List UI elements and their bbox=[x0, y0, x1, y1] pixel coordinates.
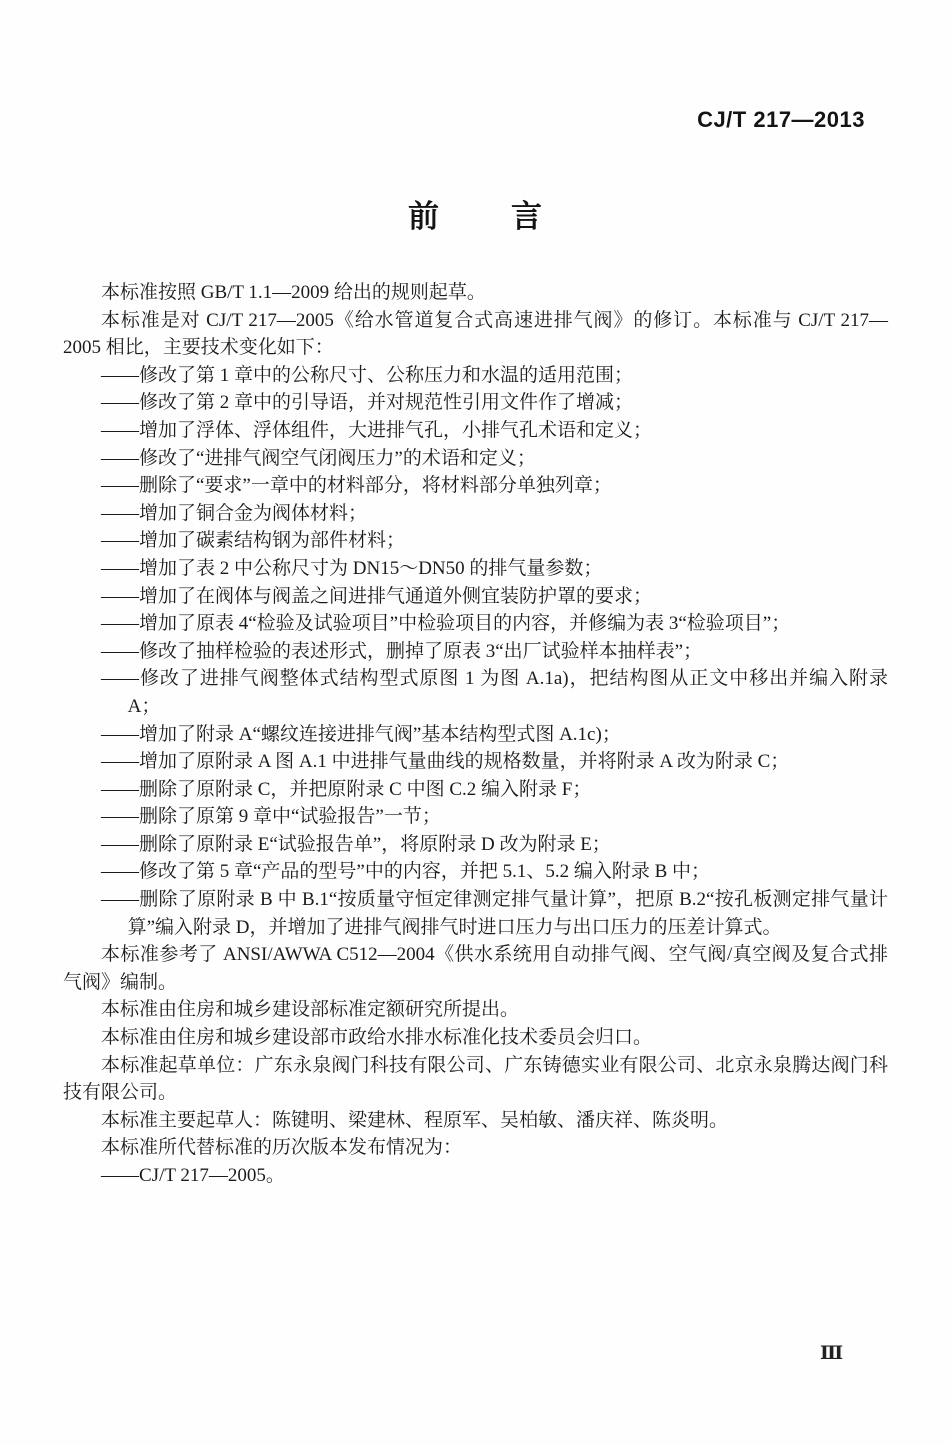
change-list-item: ——增加了碳素结构钢为部件材料； bbox=[63, 527, 888, 555]
change-list-item: ——删除了原附录 C，并把原附录 C 中图 C.2 编入附录 F； bbox=[63, 776, 888, 804]
change-list-item: ——修改了第 1 章中的公称尺寸、公称压力和水温的适用范围； bbox=[63, 362, 888, 390]
change-list-item: ——增加了在阀体与阀盖之间进排气通道外侧宜装防护罩的要求； bbox=[63, 583, 888, 611]
page-title: 前 言 bbox=[0, 191, 950, 236]
foreword-paragraph: 本标准主要起草人：陈键明、梁建林、程原军、吴柏敏、潘庆祥、陈炎明。 bbox=[63, 1107, 888, 1135]
page-number: Ⅲ bbox=[820, 1342, 843, 1365]
change-list-item: ——修改了第 2 章中的引导语，并对规范性引用文件作了增减； bbox=[63, 389, 888, 417]
change-list-item: ——删除了“要求”一章中的材料部分，将材料部分单独列章； bbox=[63, 472, 888, 500]
change-list-item: ——增加了浮体、浮体组件，大进排气孔，小排气孔术语和定义； bbox=[63, 417, 888, 445]
change-list-item: ——增加了原表 4“检验及试验项目”中检验项目的内容，并修编为表 3“检验项目”… bbox=[63, 610, 888, 638]
change-list-item: ——增加了附录 A“螺纹连接进排气阀”基本结构型式图 A.1c)； bbox=[63, 721, 888, 749]
page-title-char-2: 言 bbox=[511, 191, 542, 236]
foreword-paragraph: 本标准所代替标准的历次版本发布情况为： bbox=[63, 1134, 888, 1162]
foreword-paragraph: 本标准由住房和城乡建设部市政给水排水标准化技术委员会归口。 bbox=[63, 1024, 888, 1052]
change-list-item: ——增加了表 2 中公称尺寸为 DN15～DN50 的排气量参数； bbox=[63, 555, 888, 583]
foreword-paragraph: 本标准起草单位：广东永泉阀门科技有限公司、广东铸德实业有限公司、北京永泉腾达阀门… bbox=[63, 1052, 888, 1107]
change-list-item: ——增加了铜合金为阀体材料； bbox=[63, 500, 888, 528]
page-title-char-1: 前 bbox=[408, 191, 439, 236]
foreword-paragraph: 本标准由住房和城乡建设部标准定额研究所提出。 bbox=[63, 996, 888, 1024]
change-list-item: ——增加了原附录 A 图 A.1 中进排气量曲线的规格数量，并将附录 A 改为附… bbox=[63, 748, 888, 776]
foreword-paragraph: 本标准参考了 ANSI/AWWA C512—2004《供水系统用自动排气阀、空气… bbox=[63, 941, 888, 996]
foreword-paragraph: 本标准是对 CJ/T 217—2005《给水管道复合式高速进排气阀》的修订。本标… bbox=[63, 307, 888, 362]
document-page: CJ/T 217—2013 前 言 本标准按照 GB/T 1.1—2009 给出… bbox=[0, 0, 950, 1444]
change-list-item: ——删除了原附录 B 中 B.1“按质量守恒定律测定排气量计算”，把原 B.2“… bbox=[63, 886, 888, 941]
change-list-item: ——修改了第 5 章“产品的型号”中的内容，并把 5.1、5.2 编入附录 B … bbox=[63, 858, 888, 886]
change-list-item: ——删除了原附录 E“试验报告单”，将原附录 D 改为附录 E； bbox=[63, 831, 888, 859]
change-list-item: ——CJ/T 217—2005。 bbox=[63, 1162, 888, 1190]
change-list-item: ——修改了进排气阀整体式结构型式原图 1 为图 A.1a)，把结构图从正文中移出… bbox=[63, 665, 888, 720]
doc-number: CJ/T 217—2013 bbox=[697, 107, 865, 133]
change-list-item: ——修改了“进排气阀空气闭阀压力”的术语和定义； bbox=[63, 445, 888, 473]
foreword-body: 本标准按照 GB/T 1.1—2009 给出的规则起草。本标准是对 CJ/T 2… bbox=[63, 279, 888, 1190]
foreword-paragraph: 本标准按照 GB/T 1.1—2009 给出的规则起草。 bbox=[63, 279, 888, 307]
change-list-item: ——修改了抽样检验的表述形式，删掉了原表 3“出厂试验样本抽样表”； bbox=[63, 638, 888, 666]
change-list-item: ——删除了原第 9 章中“试验报告”一节； bbox=[63, 803, 888, 831]
